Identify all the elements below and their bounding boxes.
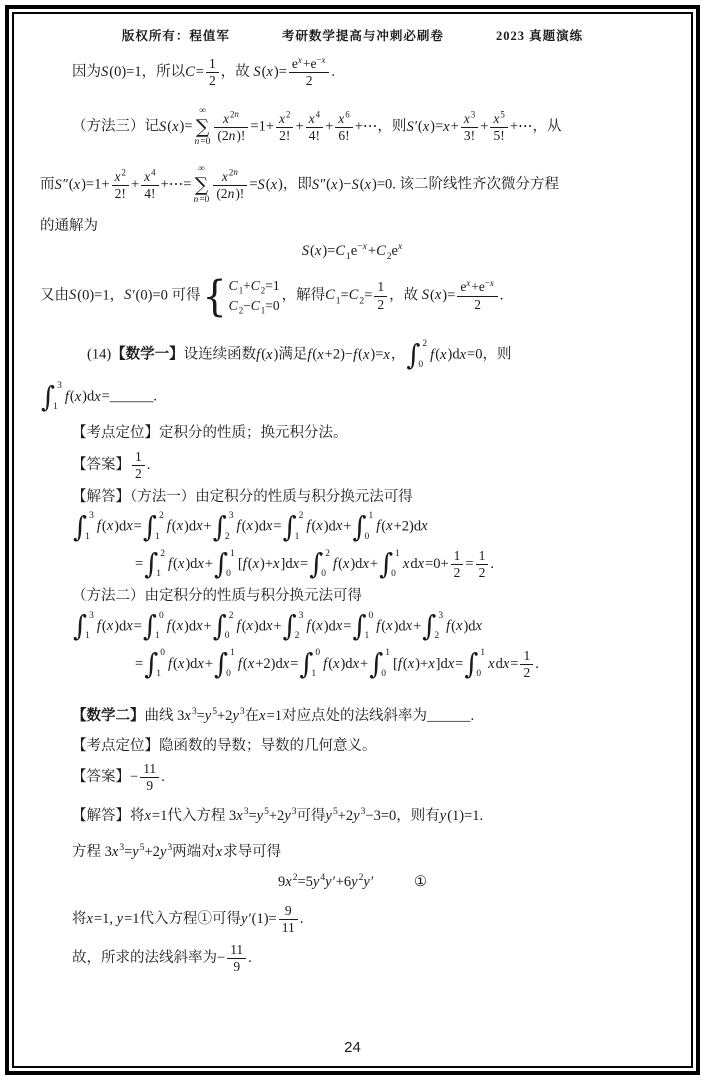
page-header: 版权所有：程值军 考研数学提高与冲刺必刷卷 2023 真题演练 — [14, 14, 691, 44]
header-copyright: 版权所有：程值军 — [122, 26, 230, 44]
text-line: 【解答】将x=1代入方程 3x3=y5+2y3可得y5+2y3−3=0，则有y(… — [72, 807, 665, 825]
text-line: 将x=1, y=1代入方程①可得y′(1)=911. — [72, 903, 665, 936]
header-title: 考研数学提高与冲刺必刷卷 — [282, 26, 444, 44]
text-line: ∫31f(x)dx=∫01f(x)dx+∫20f(x)dx+∫32f(x)dx=… — [72, 612, 665, 642]
header-edition: 2023 真题演练 — [496, 26, 583, 44]
text-line: 【答案】12. — [72, 449, 665, 482]
text-line: 9x2=5y4y′+6y2y′① — [40, 873, 665, 891]
text-line: 【考点定位】定积分的性质；换元积分法。 — [72, 424, 665, 442]
text-line: 【数学二】曲线 3x3=y5+2y3在x=1对应点处的法线斜率为______. — [72, 707, 665, 725]
page-inner-border: 版权所有：程值军 考研数学提高与冲刺必刷卷 2023 真题演练 因为S(0)=1… — [12, 12, 693, 1068]
text-line: （方法三）记S(x)=∞∑n=0x2n(2n)!=1+x22!+x44!+x66… — [72, 107, 665, 147]
page-number: 24 — [14, 1039, 691, 1056]
text-line: 的通解为 — [40, 217, 665, 235]
text-line: 又由S(0)=1，S′(0)=0 可得{C1+C2=1C2−C1=0，解得C1=… — [40, 278, 665, 315]
text-line: ∫31f(x)dx=∫21f(x)dx+∫32f(x)dx=∫21f(x)dx+… — [72, 512, 665, 542]
text-line: 方程 3x3=y5+2y3两端对x求导可得 — [72, 843, 665, 861]
text-line: =∫21f(x)dx+∫10[f(x)+x]dx=∫20f(x)dx+∫10xd… — [135, 548, 665, 581]
text-line: （方法二）由定积分的性质与积分换元法可得 — [72, 587, 665, 605]
text-line: 而S″(x)=1+x22!+x44!+⋯=∞∑n=0x2n(2n)!=S(x)，… — [40, 165, 665, 205]
text-line: 故，所求的法线斜率为−119. — [72, 942, 665, 975]
text-line: 【考点定位】隐函数的导数；导数的几何意义。 — [72, 737, 665, 755]
text-line: 【解答】（方法一）由定积分的性质与积分换元法可得 — [72, 488, 665, 506]
page-outer-border: 版权所有：程值军 考研数学提高与冲刺必刷卷 2023 真题演练 因为S(0)=1… — [5, 5, 700, 1075]
text-line: 因为S(0)=1，所以C=12，故 S(x)=ex+e−x2. — [72, 56, 665, 89]
text-line: ∫31f(x)dx=______. — [40, 382, 665, 412]
text-line: S(x)=C1e−x+C2ex — [40, 242, 665, 260]
document-lines: 因为S(0)=1，所以C=12，故 S(x)=ex+e−x2.（方法三）记S(x… — [14, 56, 691, 976]
text-line: =∫01f(x)dx+∫10f(x+2)dx=∫01f(x)dx+∫10[f(x… — [135, 648, 665, 681]
text-line: 【答案】−119. — [72, 761, 665, 794]
text-line: (14)【数学一】设连续函数f(x)满足f(x+2)−f(x)=x，∫20f(x… — [87, 340, 665, 370]
